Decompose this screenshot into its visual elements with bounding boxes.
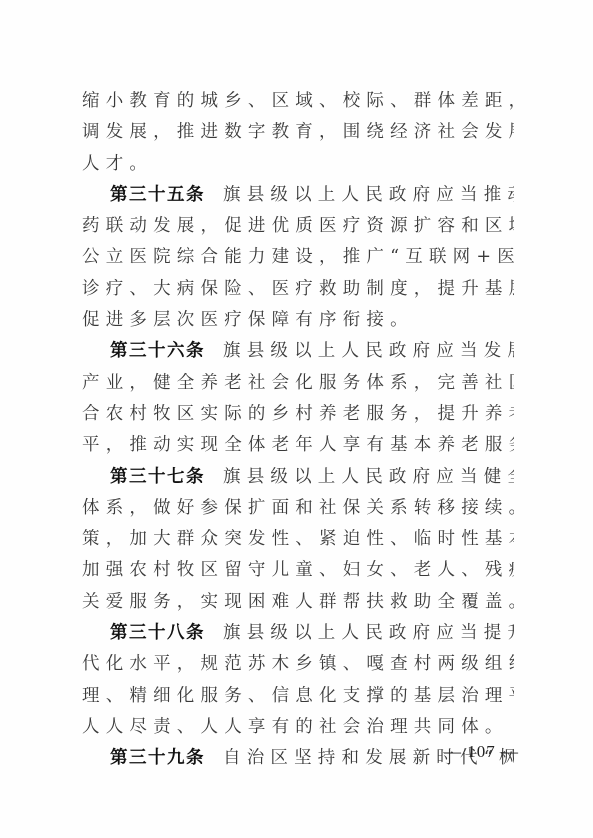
article-heading: 第三十七条 (110, 467, 205, 487)
page-number: — 107 — (444, 742, 519, 762)
article-heading: 第三十八条 (110, 623, 205, 643)
text-line: 理、精细化服务、信息化支撑的基层治理平台，建设人人有责、 (82, 681, 514, 712)
article-35: 第三十五条旗县级以上人民政府应当推动医保、医疗、医 药联动发展，促进优质医疗资源… (82, 180, 514, 336)
text-line: 公立医院综合能力建设，推广“互联网+医疗健康”，完善分级 (82, 242, 514, 273)
article-first-line: 第三十七条旗县级以上人民政府应当健全和完善社会保障 (82, 462, 514, 493)
article-first-line: 第三十八条旗县级以上人民政府应当提升基层治理能力现 (82, 618, 514, 649)
text-line: 促进多层次医疗保障有序衔接。 (82, 305, 514, 336)
text-line: 平，推动实现全体老年人享有基本养老服务。 (82, 430, 514, 461)
article-37: 第三十七条旗县级以上人民政府应当健全和完善社会保障 体系，做好参保扩面和社保关系… (82, 462, 514, 618)
text-line: 策，加大群众突发性、紧迫性、临时性基本生活困难救助力度， (82, 524, 514, 555)
text-line: 诊疗、大病保险、医疗救助制度，提升基层医疗卫生服务能力， (82, 274, 514, 305)
article-36: 第三十六条旗县级以上人民政府应当发展养老事业和养老 产业，健全养老社会化服务体系… (82, 336, 514, 461)
text-line: 人人尽责、人人享有的社会治理共同体。 (82, 712, 514, 743)
text-line: 代化水平，规范苏木乡镇、嘎查村两级组织运行，完善网格化管 (82, 649, 514, 680)
article-heading: 第三十九条 (110, 748, 205, 768)
article-heading: 第三十五条 (110, 185, 205, 205)
text-line: 加强农村牧区留守儿童、妇女、老人、残疾人以及城市困难群众 (82, 555, 514, 586)
text-line: 关爱服务，实现困难人群帮扶救助全覆盖。 (82, 587, 514, 618)
text-line: 旗县级以上人民政府应当提升基层治理能力现 (223, 623, 514, 643)
article-heading: 第三十六条 (110, 341, 205, 361)
paragraph-continuation: 缩小教育的城乡、区域、校际、群体差距，推动各级各类教育协 调发展，推进数字教育，… (82, 86, 514, 180)
text-line: 旗县级以上人民政府应当发展养老事业和养老 (223, 341, 514, 361)
article-first-line: 第三十五条旗县级以上人民政府应当推动医保、医疗、医 (82, 180, 514, 211)
text-line: 人才。 (82, 149, 514, 180)
document-page: 缩小教育的城乡、区域、校际、群体差距，推动各级各类教育协 调发展，推进数字教育，… (0, 0, 593, 838)
text-line: 缩小教育的城乡、区域、校际、群体差距，推动各级各类教育协 (82, 86, 514, 117)
text-line: 旗县级以上人民政府应当推动医保、医疗、医 (223, 185, 514, 205)
text-line: 调发展，推进数字教育，围绕经济社会发展所需培育更多高素质 (82, 117, 514, 148)
text-line: 合农村牧区实际的乡村养老服务，提升养老服务队伍专业化水 (82, 399, 514, 430)
text-line: 药联动发展，促进优质医疗资源扩容和区域均衡布局，加强各级 (82, 211, 514, 242)
document-body: 缩小教育的城乡、区域、校际、群体差距，推动各级各类教育协 调发展，推进数字教育，… (82, 86, 514, 775)
text-line: 产业，健全养老社会化服务体系，完善社区适老化改造，发展符 (82, 368, 514, 399)
text-line: 体系，做好参保扩面和社保关系转移接续。精准落实各项救助政 (82, 493, 514, 524)
text-line: 旗县级以上人民政府应当健全和完善社会保障 (223, 467, 514, 487)
article-first-line: 第三十六条旗县级以上人民政府应当发展养老事业和养老 (82, 336, 514, 367)
article-38: 第三十八条旗县级以上人民政府应当提升基层治理能力现 代化水平，规范苏木乡镇、嘎查… (82, 618, 514, 743)
